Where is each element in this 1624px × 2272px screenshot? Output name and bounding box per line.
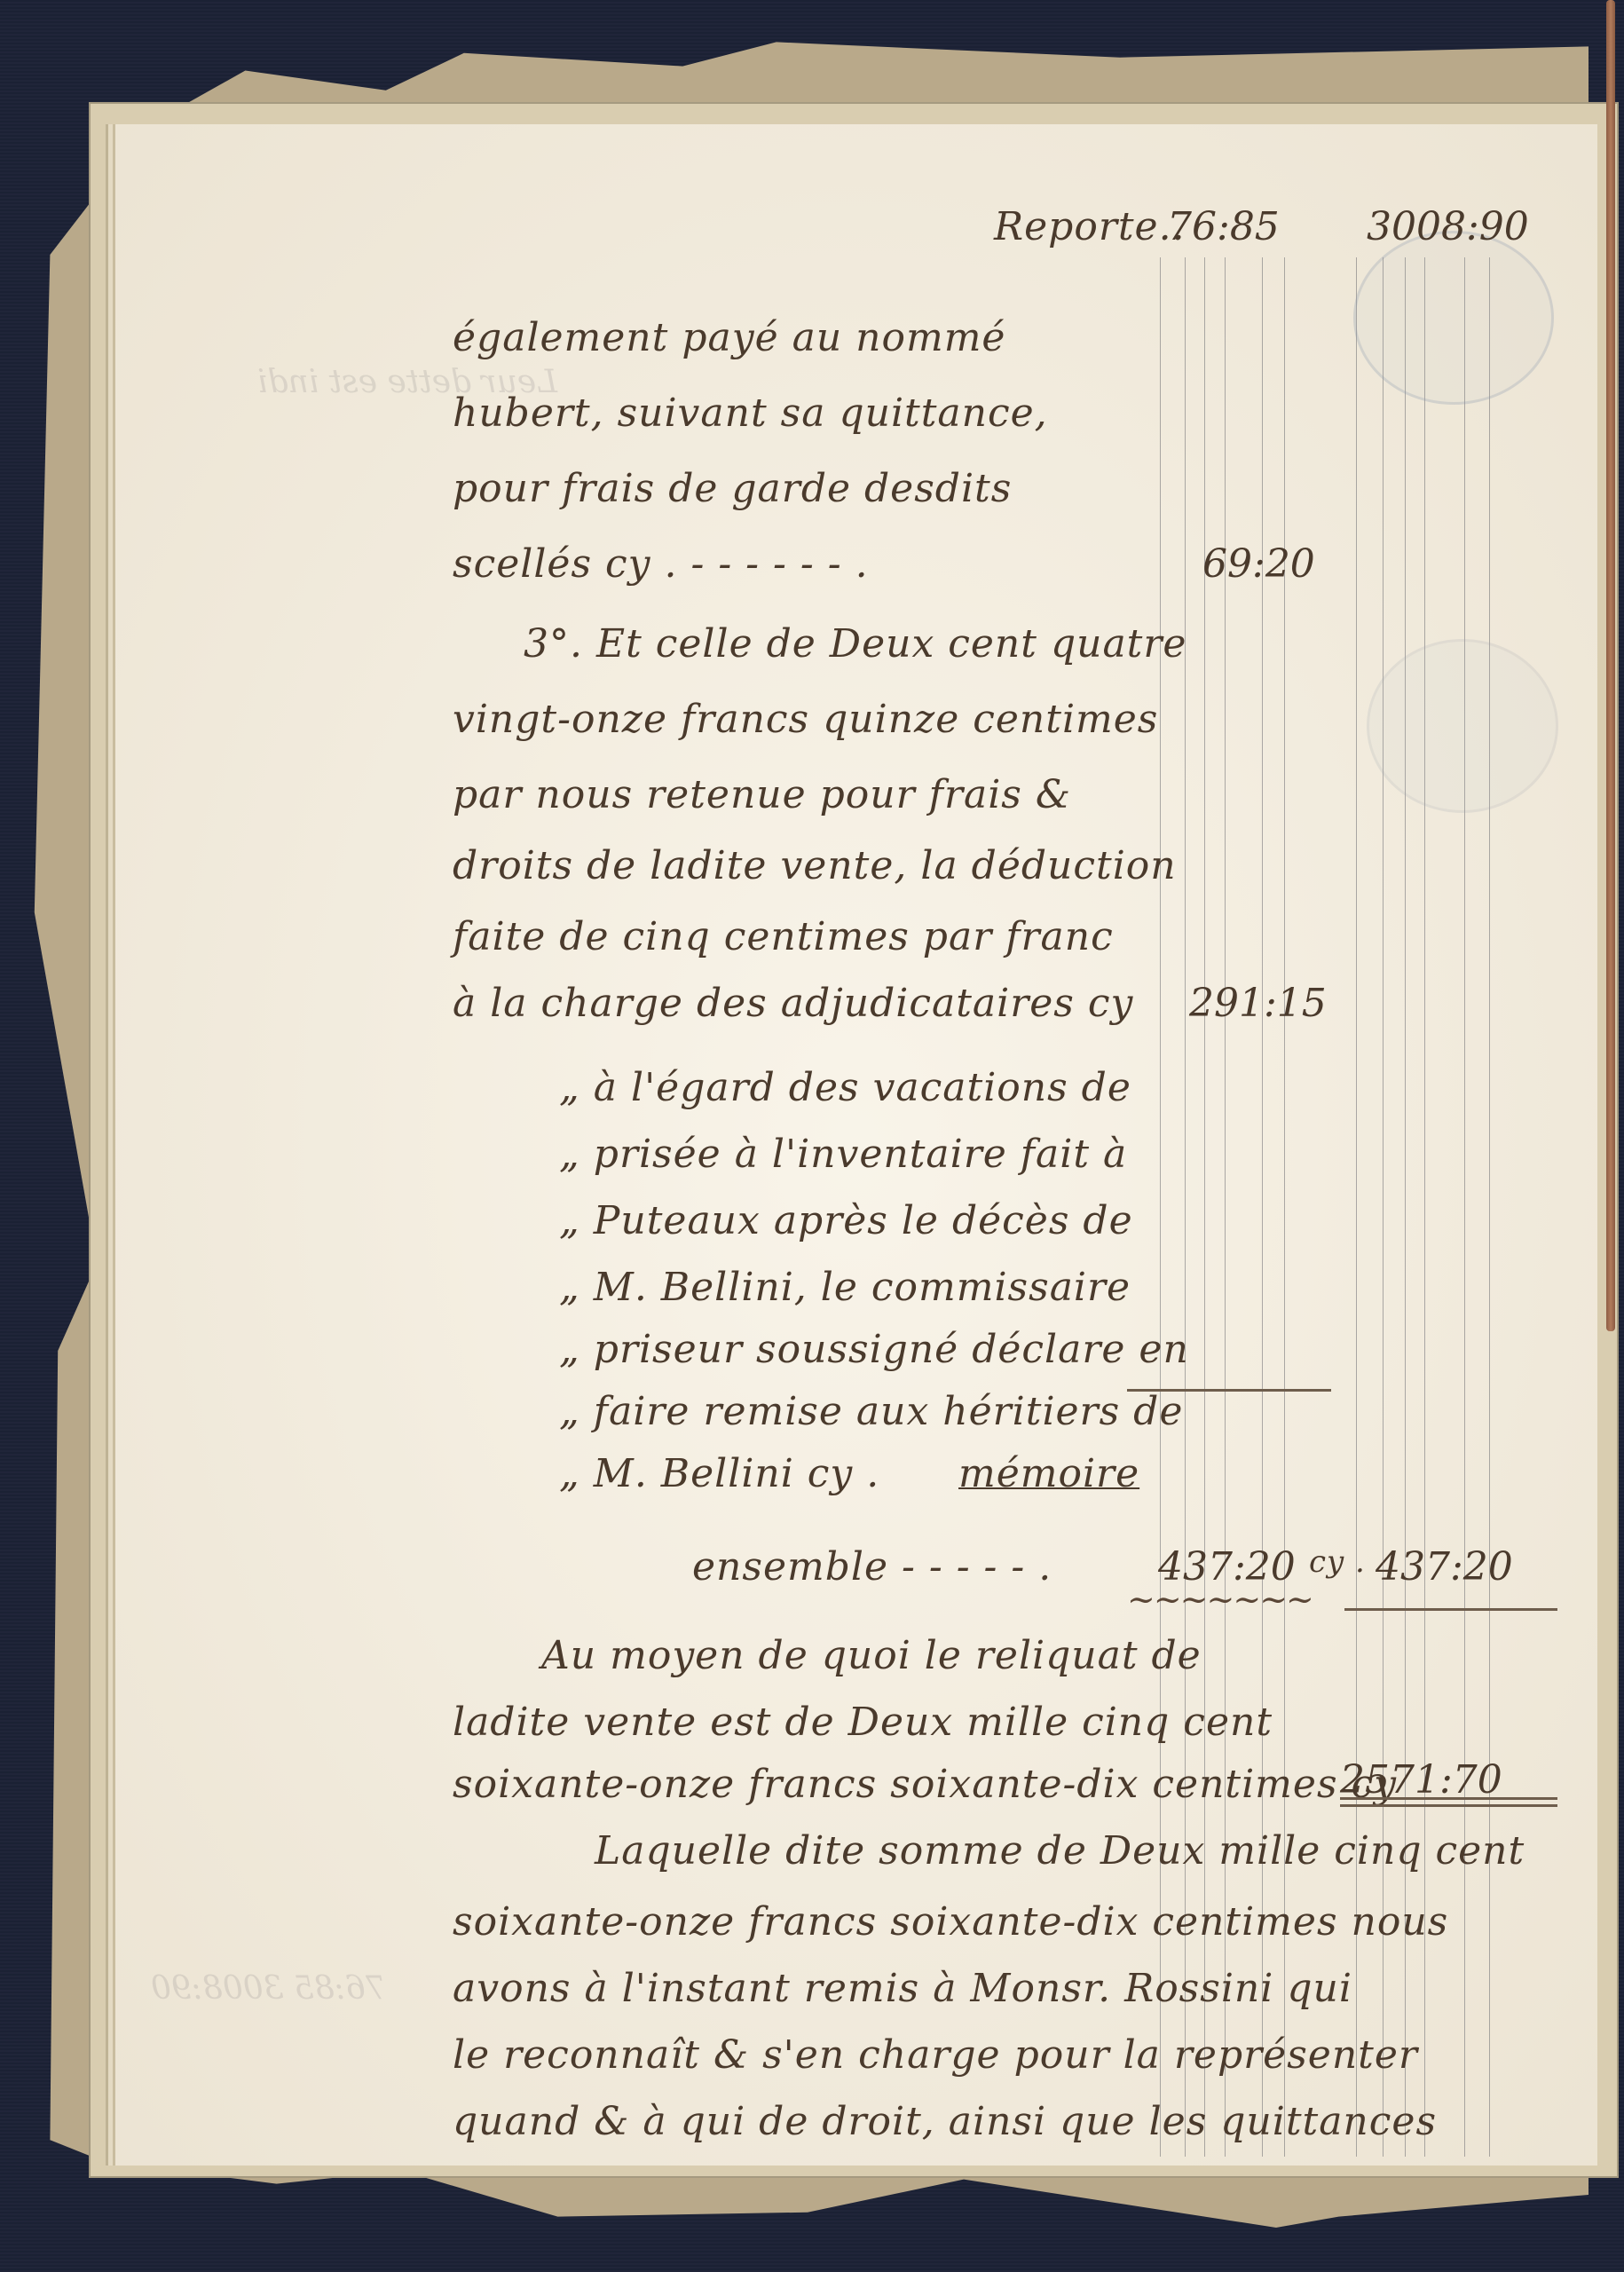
text-line: „ M. Bellini, le commissaire (559, 1265, 1131, 1310)
text-line: „ à l'égard des vacations de (559, 1065, 1131, 1110)
total-rule (1344, 1608, 1557, 1611)
text-line: avons à l'instant remis à Monsr. Rossini… (453, 1966, 1352, 2011)
text-line: Au moyen de quoi le reliquat de (541, 1633, 1202, 1678)
text-line: 3°. Et celle de Deux cent quatre (524, 621, 1186, 667)
bleed-through-text: 76:85 3008:90 (151, 1970, 386, 2007)
text-line: „ Puteaux après le décès de (559, 1198, 1133, 1243)
flourish-underline: ~~~~~~~ (1127, 1580, 1313, 1619)
text-line: pour frais de garde desdits (453, 466, 1012, 511)
amount: 291:15 (1189, 981, 1327, 1026)
text-line: „ prisée à l'inventaire fait à (559, 1132, 1127, 1177)
balance-rule (1340, 1804, 1557, 1807)
total-col2: 437:20 (1376, 1544, 1513, 1590)
text-line: „ priseur soussigné déclare en (559, 1327, 1189, 1372)
binding-thread (1606, 0, 1615, 1331)
text-line: „ M. Bellini cy . (559, 1451, 879, 1496)
text-line: également payé au nommé (453, 315, 1005, 360)
ledger-page: Leur dette est indi 76:85 3008:90 Report… (115, 124, 1597, 2165)
text-line: ladite vente est de Deux mille cinq cent (453, 1700, 1273, 1745)
text-line: soixante-onze francs soixante-dix centim… (453, 1899, 1448, 1945)
carry-forward-col2: 3008:90 (1367, 204, 1529, 249)
text-line: quand & à qui de droit, ainsi que les qu… (453, 2099, 1437, 2144)
text-line: Laquelle dite somme de Deux mille cinq c… (595, 1828, 1525, 1874)
memoire-note: mémoire (958, 1451, 1139, 1496)
sum-rule (1127, 1389, 1331, 1392)
text-line: vingt-onze francs quinze centimes (453, 697, 1158, 742)
text-line: à la charge des adjudicataires cy (453, 981, 1133, 1026)
text-line: faite de cinq centimes par franc (453, 914, 1114, 959)
text-line: „ faire remise aux héritiers de (559, 1389, 1183, 1434)
total-connector: cy . (1309, 1544, 1366, 1580)
text-line: droits de ladite vente, la déduction (453, 843, 1177, 888)
fiscal-stamp (1353, 231, 1554, 405)
text-line: scellés cy . - - - - - - . (453, 541, 869, 587)
carry-forward-col1: 76:85 (1167, 204, 1280, 249)
total-label: ensemble - - - - - . (692, 1544, 1052, 1590)
text-line: hubert, suivant sa quittance, (453, 390, 1048, 436)
text-line: soixante-onze francs soixante-dix centim… (453, 1762, 1397, 1807)
balance-amount: 2571:70 (1340, 1757, 1502, 1803)
carry-forward-label: Reporte.. (994, 204, 1186, 249)
text-line: le reconnaît & s'en charge pour la repré… (453, 2032, 1418, 2078)
balance-rule (1340, 1797, 1557, 1800)
text-line: par nous retenue pour frais & (453, 772, 1071, 817)
amount: 69:20 (1202, 541, 1315, 587)
embossed-stamp (1367, 639, 1558, 813)
